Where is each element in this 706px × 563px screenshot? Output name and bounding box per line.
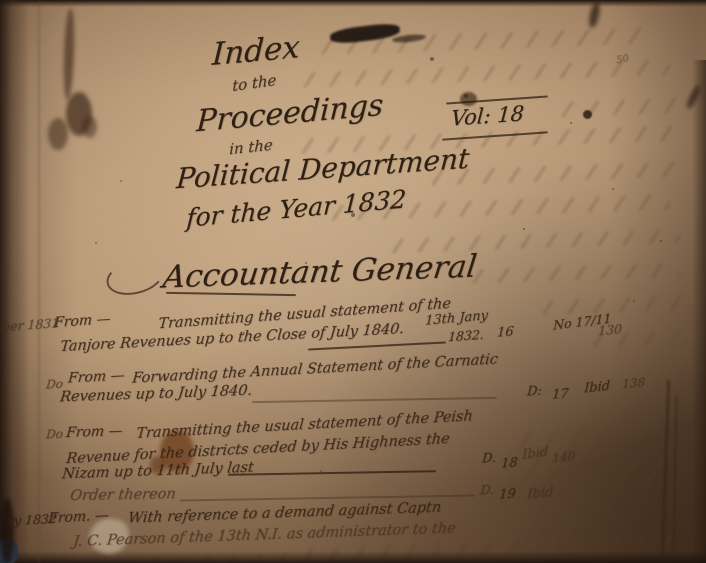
manuscript-photo: Index to the Proceedings in the Politica… — [0, 0, 706, 563]
paper-crease-line — [38, 0, 40, 563]
page-edge-left-binding — [0, 0, 30, 563]
entry-date-ditto: D. — [479, 483, 494, 499]
entry-consultation-number: 18 — [500, 455, 518, 471]
entry-consultation-number: 19 — [498, 487, 516, 503]
entry-page-number: 130 — [598, 321, 623, 338]
ink-speck — [583, 110, 592, 119]
entry-date-ditto: D: — [526, 383, 542, 399]
entry-page-number: 138 — [622, 375, 646, 391]
page-edge-right — [692, 60, 706, 563]
entry-text-line: Order thereon — [69, 486, 177, 504]
entry-page-number: 140 — [552, 449, 575, 466]
entry-margin-ditto: Do — [45, 427, 63, 442]
entry-from: From — — [67, 367, 125, 386]
entry-from: From — — [65, 423, 123, 441]
page-edge-top — [0, 0, 706, 7]
entry-from: From. — — [47, 507, 109, 526]
entry-date-ditto: D. — [481, 450, 496, 466]
stain-blob — [48, 118, 68, 150]
stain-blob — [82, 116, 97, 138]
entry-reference: Ibid — [584, 379, 610, 397]
entry-date-year: 1832. — [448, 327, 485, 345]
entry-consultation-number: 17 — [551, 386, 569, 402]
stain-blob — [0, 498, 14, 563]
paper-speckles — [0, 0, 2, 2]
entry-consultation-number: 16 — [496, 324, 514, 340]
entry-reference: Ibid — [527, 485, 554, 502]
